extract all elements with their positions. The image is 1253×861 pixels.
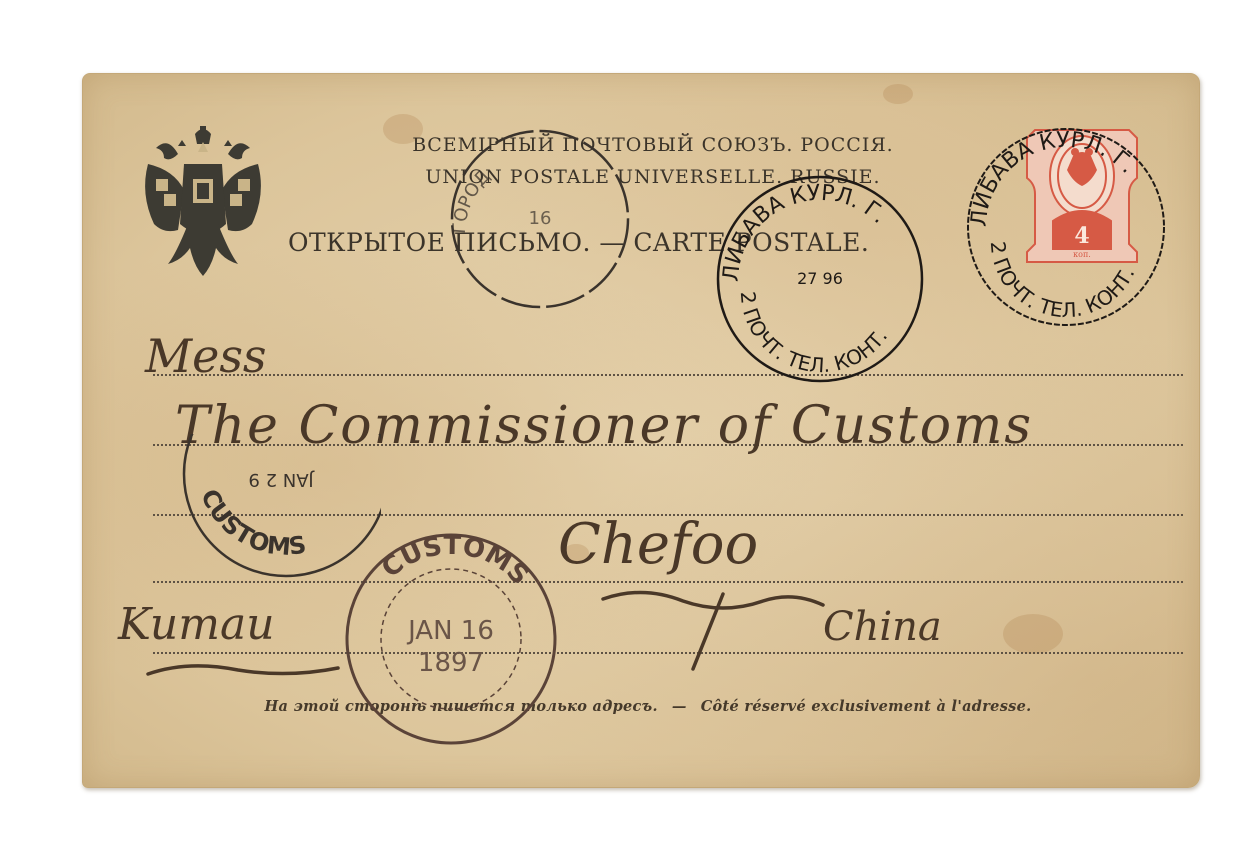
address-country: China — [823, 604, 942, 650]
footer-separator: — — [672, 698, 687, 715]
footer-french: Côté réservé exclusivement à l'adresse. — [701, 698, 1032, 715]
svg-text:27 96: 27 96 — [797, 269, 843, 288]
svg-text:JAN 16: JAN 16 — [406, 616, 494, 646]
double-headed-eagle-icon — [138, 124, 268, 279]
card-title: ОТКРЫТОЕ ПИСЬМО. — CARTE POSTALE. — [288, 228, 988, 257]
stain — [883, 84, 913, 104]
svg-text:16: 16 — [529, 208, 552, 229]
postmark-customs-faint: CUSTOMS JAN 2 9 — [171, 434, 381, 584]
address-origin: Kumau — [118, 599, 275, 650]
svg-text:коп.: коп. — [1073, 250, 1091, 259]
address-city: Chefoo — [558, 512, 758, 577]
svg-text:JAN 2 9: JAN 2 9 — [248, 469, 314, 490]
postmark-customs-received: CUSTOMS JAN 16 1897 — [341, 529, 561, 749]
address-line — [153, 581, 1183, 583]
address-line — [153, 652, 1183, 654]
footer-russian: На этой сторонѣ пишется только адресъ. — [264, 698, 657, 715]
postmark-libava-card: ЛИБАВА КУРЛ. Г. 2 ПОЧТ. ТЕЛ. КОНТ. 27 96 — [713, 172, 928, 387]
stain — [1003, 614, 1063, 654]
address-line — [153, 374, 1183, 376]
address-salutation: Mess — [145, 329, 267, 383]
header-french: UNION POSTALE UNIVERSELLE. RUSSIE. — [333, 166, 973, 188]
postage-stamp: 4 коп. — [1023, 126, 1141, 266]
postcard: ВСЕМІРНЫЙ ПОЧТОВЫЙ СОЮЗЪ. РОССІЯ. UNION … — [82, 73, 1200, 788]
svg-text:2 ПОЧТ. ТЕЛ. КОНТ.: 2 ПОЧТ. ТЕЛ. КОНТ. — [736, 290, 892, 377]
header-russian: ВСЕМІРНЫЙ ПОЧТОВЫЙ СОЮЗЪ. РОССІЯ. — [333, 134, 973, 156]
address-recipient: The Commissioner of Customs — [175, 396, 1033, 456]
footer-note: На этой сторонѣ пишется только адресъ.—C… — [173, 698, 1123, 715]
svg-text:CUSTOMS: CUSTOMS — [195, 485, 308, 561]
svg-text:4: 4 — [1074, 223, 1089, 249]
